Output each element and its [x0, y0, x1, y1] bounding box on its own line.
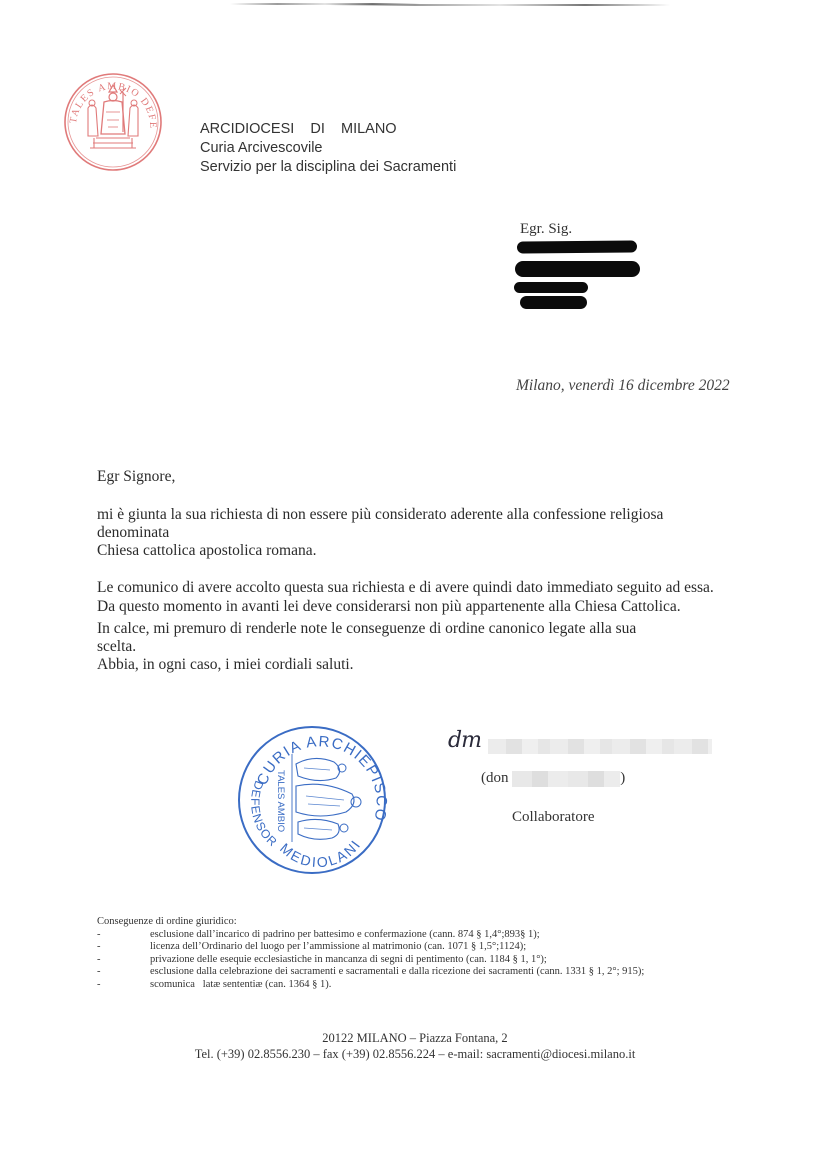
- handwritten-signature: dm: [448, 728, 481, 753]
- paragraph-acceptance: Le comunico di avere accolto questa sua …: [97, 578, 714, 616]
- letter-date: Milano, venerdì 16 dicembre 2022: [516, 377, 730, 395]
- consequence-item: -esclusione dalla celebrazione dei sacra…: [97, 966, 644, 979]
- signatory-role: Collaboratore: [512, 809, 594, 826]
- svg-text:TALES AMBIO: TALES AMBIO: [275, 770, 286, 832]
- redacted-recipient-line: [520, 296, 587, 309]
- scan-artifact: [330, 4, 670, 6]
- svg-text:MEDIOLANI: MEDIOLANI: [277, 836, 364, 870]
- consequence-item: -esclusione dall’incarico di padrino per…: [97, 929, 644, 942]
- consequence-item: -scomunica latæ sententiæ (can. 1364 § 1…: [97, 979, 644, 992]
- paragraph-line: scelta.: [97, 638, 636, 656]
- greeting: Egr Signore,: [97, 468, 175, 486]
- paragraph-closing: In calce, mi premuro di renderle note le…: [97, 620, 636, 674]
- consequences-section: Conseguenze di ordine giuridico: -esclus…: [97, 916, 644, 991]
- letterhead-curia: Curia Arcivescovile: [200, 139, 456, 158]
- recipient-heading: Egr. Sig.: [520, 221, 572, 238]
- paragraph-line: Chiesa cattolica apostolica romana.: [97, 542, 663, 560]
- letterhead: ARCIDIOCESI DI MILANO Curia Arcivescovil…: [200, 120, 456, 177]
- footer-address: 20122 MILANO – Piazza Fontana, 2: [0, 1031, 830, 1046]
- consequences-title: Conseguenze di ordine giuridico:: [97, 916, 644, 929]
- paragraph-line: Da questo momento in avanti lei deve con…: [97, 597, 714, 616]
- paragraph-line: mi è giunta la sua richiesta di non esse…: [97, 506, 663, 524]
- paragraph-line: Le comunico di avere accolto questa sua …: [97, 578, 714, 597]
- letterhead-archdiocese: ARCIDIOCESI DI MILANO: [200, 120, 456, 139]
- paragraph-line: Abbia, in ogni caso, i miei cordiali sal…: [97, 656, 636, 674]
- redacted-recipient-line: [515, 261, 640, 277]
- redacted-signatory-name: [512, 771, 620, 787]
- signatory-prefix: (don: [481, 770, 509, 786]
- paragraph-line: denominata: [97, 524, 663, 542]
- archdiocese-seal-logo: TALES AMBIO DEFENSORES: [62, 72, 164, 172]
- curia-stamp: CURIA ARCHIEPISCOPALIS MEDIOLANI DEFENSO…: [234, 724, 390, 876]
- paragraph-line: In calce, mi premuro di renderle note le…: [97, 620, 636, 638]
- letterhead-service: Servizio per la disciplina dei Sacrament…: [200, 158, 456, 177]
- consequence-item: -privazione delle esequie ecclesiastiche…: [97, 954, 644, 967]
- consequence-item: -licenza dell’Ordinario del luogo per l’…: [97, 941, 644, 954]
- redacted-recipient-line: [514, 282, 588, 293]
- footer-contacts: Tel. (+39) 02.8556.230 – fax (+39) 02.85…: [0, 1047, 830, 1062]
- paragraph-request: mi è giunta la sua richiesta di non esse…: [97, 506, 663, 560]
- redacted-signature-name: [488, 739, 712, 754]
- redacted-recipient-line: [517, 240, 637, 253]
- signatory-name: (don ): [481, 770, 625, 787]
- signatory-suffix: ): [620, 770, 625, 786]
